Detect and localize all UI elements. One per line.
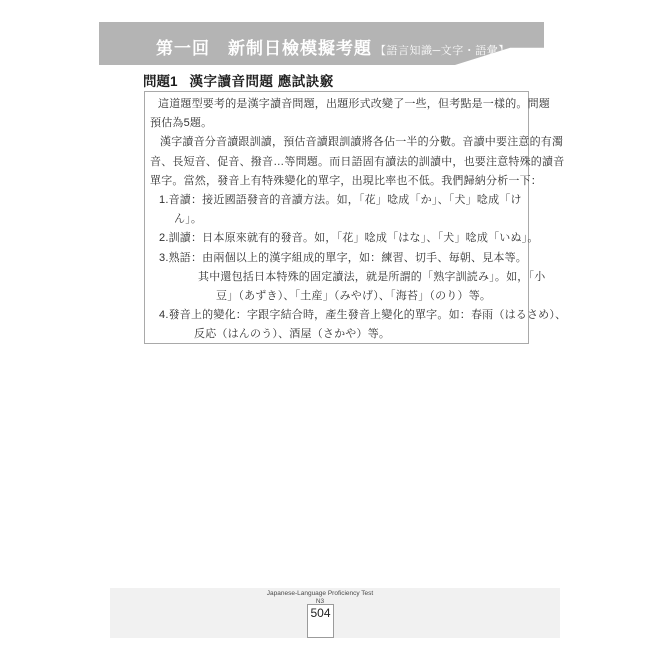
tips-line: 3.熟語：由兩個以上的漢字組成的單字，如：練習、切手、毎朝、見本等。 bbox=[150, 249, 528, 268]
page-number-box: 504 bbox=[307, 604, 334, 638]
problem-heading: 問題1漢字讀音問題 應試訣竅 bbox=[143, 70, 334, 91]
footer-test-name: Japanese-Language Proficiency Test bbox=[110, 588, 530, 598]
tips-line: 反応（はんのう）、酒屋（さかや）等。 bbox=[150, 325, 528, 344]
chapter-section-label: 【語言知識─文字・語彙】 bbox=[375, 45, 510, 57]
tips-line: 其中還包括日本特殊的固定讀法，就是所謂的「熟字訓読み」。如，「小 bbox=[150, 268, 528, 287]
tips-line: 豆」（あずき）、「土産」（みやげ）、「海苔」（のり）等。 bbox=[150, 287, 528, 306]
footer: Japanese-Language Proficiency Test N3 50… bbox=[110, 588, 560, 638]
chapter-banner: 第一回 新制日檢模擬考題【語言知識─文字・語彙】 bbox=[99, 22, 544, 65]
tips-line: 1.音讀：接近國語發音的音讀方法。如，「花」唸成「か」、「犬」唸成「け bbox=[150, 191, 528, 210]
tips-line: 這道題型要考的是漢字讀音問題，出題形式改變了一些，但考點是一樣的。問題 bbox=[150, 95, 528, 114]
chapter-title: 第一回 新制日檢模擬考題 bbox=[156, 39, 372, 58]
book-page: 第一回 新制日檢模擬考題【語言知識─文字・語彙】 問題1漢字讀音問題 應試訣竅 … bbox=[0, 0, 655, 655]
tips-line: 4.發音上的變化：字跟字結合時，產生發音上變化的單字。如：春雨（はるさめ）、 bbox=[150, 306, 528, 325]
page-number: 504 bbox=[308, 605, 333, 621]
tips-line: 漢字讀音分音讀跟訓讀，預估音讀跟訓讀將各佔一半的分數。音讀中要注意的有濁 bbox=[150, 133, 528, 152]
footer-text-block: Japanese-Language Proficiency Test N3 bbox=[110, 588, 530, 605]
tips-line: 2.訓讀：日本原來就有的發音。如，「花」唸成「はな」、「犬」唸成「いぬ」。 bbox=[150, 229, 528, 248]
tips-line: ん」。 bbox=[150, 210, 528, 229]
problem-title: 漢字讀音問題 應試訣竅 bbox=[190, 74, 334, 89]
chapter-banner-text: 第一回 新制日檢模擬考題【語言知識─文字・語彙】 bbox=[156, 34, 510, 59]
problem-number: 問題1 bbox=[143, 74, 178, 89]
tips-box: 這道題型要考的是漢字讀音問題，出題形式改變了一些，但考點是一樣的。問題 預估為5… bbox=[144, 91, 529, 344]
tips-line: 單字。當然，發音上有特殊變化的單字，出現比率也不低。我們歸納分析一下： bbox=[150, 172, 528, 191]
tips-line: 音、長短音、促音、撥音…等問題。而日語固有讀法的訓讀中，也要注意特殊的讀音 bbox=[150, 153, 528, 172]
tips-line: 預估為5題。 bbox=[150, 114, 528, 133]
